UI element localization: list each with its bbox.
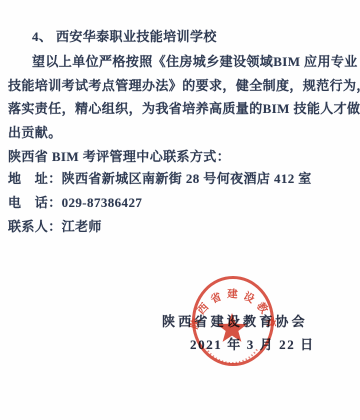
list-item-4: 4、 西安华泰职业技能培训学校 bbox=[32, 29, 217, 45]
signature-date: 2021 年 3 月 22 日 bbox=[190, 334, 315, 353]
person-label: 联系人： bbox=[8, 219, 62, 234]
address-value: 陕西省新城区南新街 28 号何夜酒店 412 室 bbox=[62, 171, 312, 186]
phone-value: 029-87386427 bbox=[62, 195, 143, 210]
person-value: 江老师 bbox=[62, 219, 102, 234]
phone-label: 电 话： bbox=[8, 195, 62, 210]
body-line-4: 出贡献。 bbox=[8, 125, 62, 141]
document-page: 4、 西安华泰职业技能培训学校 望以上单位严格按照《住房城乡建设领域BIM 应用… bbox=[0, 0, 360, 420]
contact-address: 地 址：陕西省新城区南新街 28 号何夜酒店 412 室 bbox=[8, 171, 312, 187]
body-line-2: 技能培训考试考点管理办法》的要求，健全制度，规范行为， bbox=[8, 78, 360, 94]
body-line-1: 望以上单位严格按照《住房城乡建设领域BIM 应用专业 bbox=[32, 54, 358, 70]
address-label: 地 址： bbox=[8, 171, 62, 186]
contact-person: 联系人：江老师 bbox=[8, 219, 102, 235]
contact-phone: 电 话：029-87386427 bbox=[8, 195, 142, 211]
signature-organization: 陕西省建设教育协会 bbox=[162, 311, 308, 330]
body-line-3: 落实责任，精心组织，为我省培养高质量的BIM 技能人才做 bbox=[8, 101, 360, 117]
contact-heading: 陕西省 BIM 考评管理中心联系方式： bbox=[8, 149, 230, 165]
